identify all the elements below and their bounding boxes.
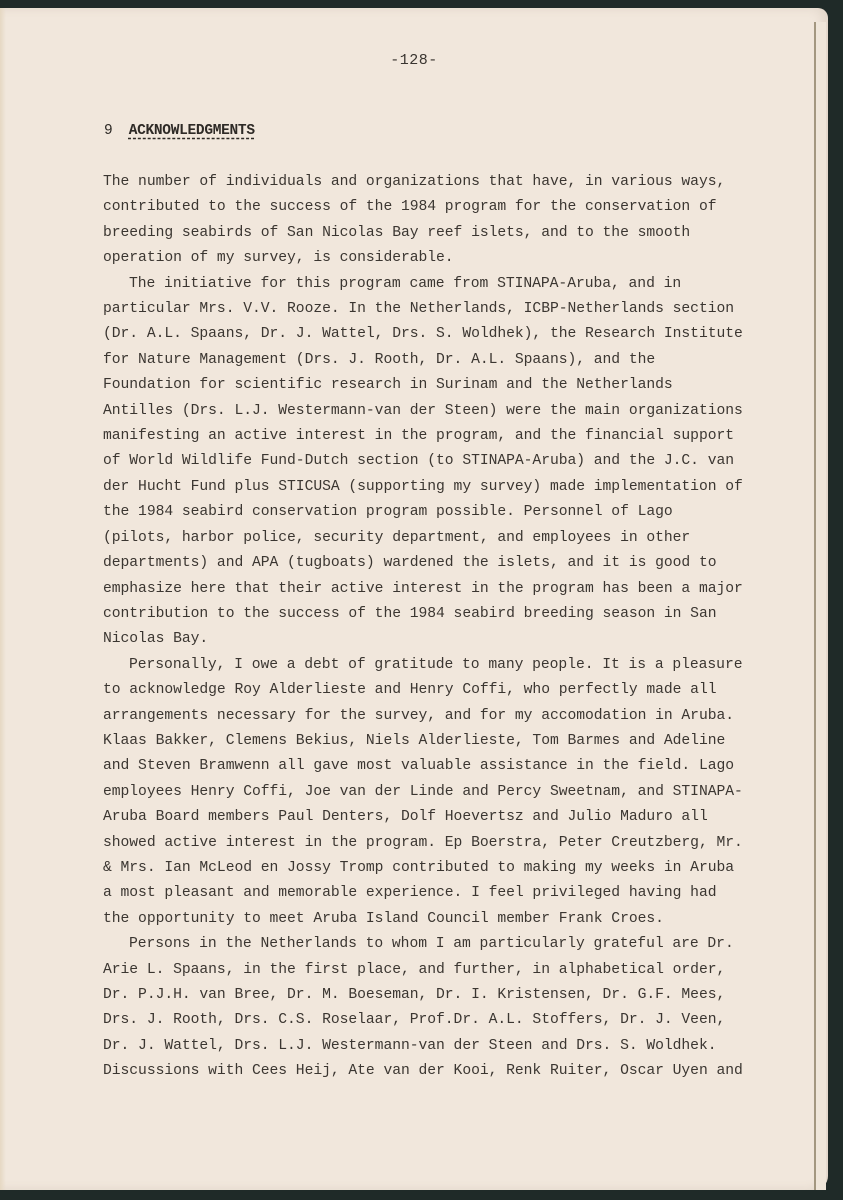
text-line: the 1984 seabird conservation program po… [103,500,743,525]
text-line: contributed to the success of the 1984 p… [103,195,743,220]
text-line: operation of my survey, is considerable. [103,246,743,271]
text-line: a most pleasant and memorable experience… [103,881,743,906]
text-line: to acknowledge Roy Alderlieste and Henry… [103,678,743,703]
section-title: ACKNOWLEDGMENTS [129,123,255,139]
text-line: employees Henry Coffi, Joe van der Linde… [103,780,743,805]
text-line: der Hucht Fund plus STICUSA (supporting … [103,475,743,500]
text-line: & Mrs. Ian McLeod en Jossy Tromp contrib… [103,856,743,881]
text-line: (Dr. A.L. Spaans, Dr. J. Wattel, Drs. S.… [103,322,743,347]
text-line: Arie L. Spaans, in the first place, and … [103,958,743,983]
text-line: The initiative for this program came fro… [103,272,743,297]
text-line: breeding seabirds of San Nicolas Bay ree… [103,221,743,246]
text-line: Nicolas Bay. [103,627,743,652]
paragraph: The number of individuals and organizati… [103,170,743,272]
text-line: contribution to the success of the 1984 … [103,602,743,627]
text-line: Discussions with Cees Heij, Ate van der … [103,1059,743,1084]
text-line: Persons in the Netherlands to whom I am … [103,932,743,957]
text-line: arrangements necessary for the survey, a… [103,704,743,729]
text-line: the opportunity to meet Aruba Island Cou… [103,907,743,932]
text-line: and Steven Bramwenn all gave most valuab… [103,754,743,779]
section-heading: 9 ACKNOWLEDGMENTS [104,123,255,139]
paragraph: Personally, I owe a debt of gratitude to… [103,653,743,932]
paragraph: The initiative for this program came fro… [103,272,743,653]
text-line: showed active interest in the program. E… [103,831,743,856]
text-line: Antilles (Drs. L.J. Westermann-van der S… [103,399,743,424]
text-line: Dr. P.J.H. van Bree, Dr. M. Boeseman, Dr… [103,983,743,1008]
text-line: particular Mrs. V.V. Rooze. In the Nethe… [103,297,743,322]
text-line: Dr. J. Wattel, Drs. L.J. Westermann-van … [103,1034,743,1059]
page-binding-edge [814,22,826,1190]
text-line: (pilots, harbor police, security departm… [103,526,743,551]
document-page: -128- 9 ACKNOWLEDGMENTS The number of in… [0,8,828,1190]
body-text: The number of individuals and organizati… [103,170,743,1085]
text-line: emphasize here that their active interes… [103,577,743,602]
paragraph: Persons in the Netherlands to whom I am … [103,932,743,1084]
text-line: Personally, I owe a debt of gratitude to… [103,653,743,678]
text-line: Drs. J. Rooth, Drs. C.S. Roselaar, Prof.… [103,1008,743,1033]
text-line: Foundation for scientific research in Su… [103,373,743,398]
page-number: -128- [0,52,828,69]
text-line: Aruba Board members Paul Denters, Dolf H… [103,805,743,830]
text-line: for Nature Management (Drs. J. Rooth, Dr… [103,348,743,373]
section-number: 9 [104,123,113,139]
text-line: of World Wildlife Fund-Dutch section (to… [103,449,743,474]
text-line: The number of individuals and organizati… [103,170,743,195]
text-line: manifesting an active interest in the pr… [103,424,743,449]
text-line: Klaas Bakker, Clemens Bekius, Niels Alde… [103,729,743,754]
text-line: departments) and APA (tugboats) wardened… [103,551,743,576]
